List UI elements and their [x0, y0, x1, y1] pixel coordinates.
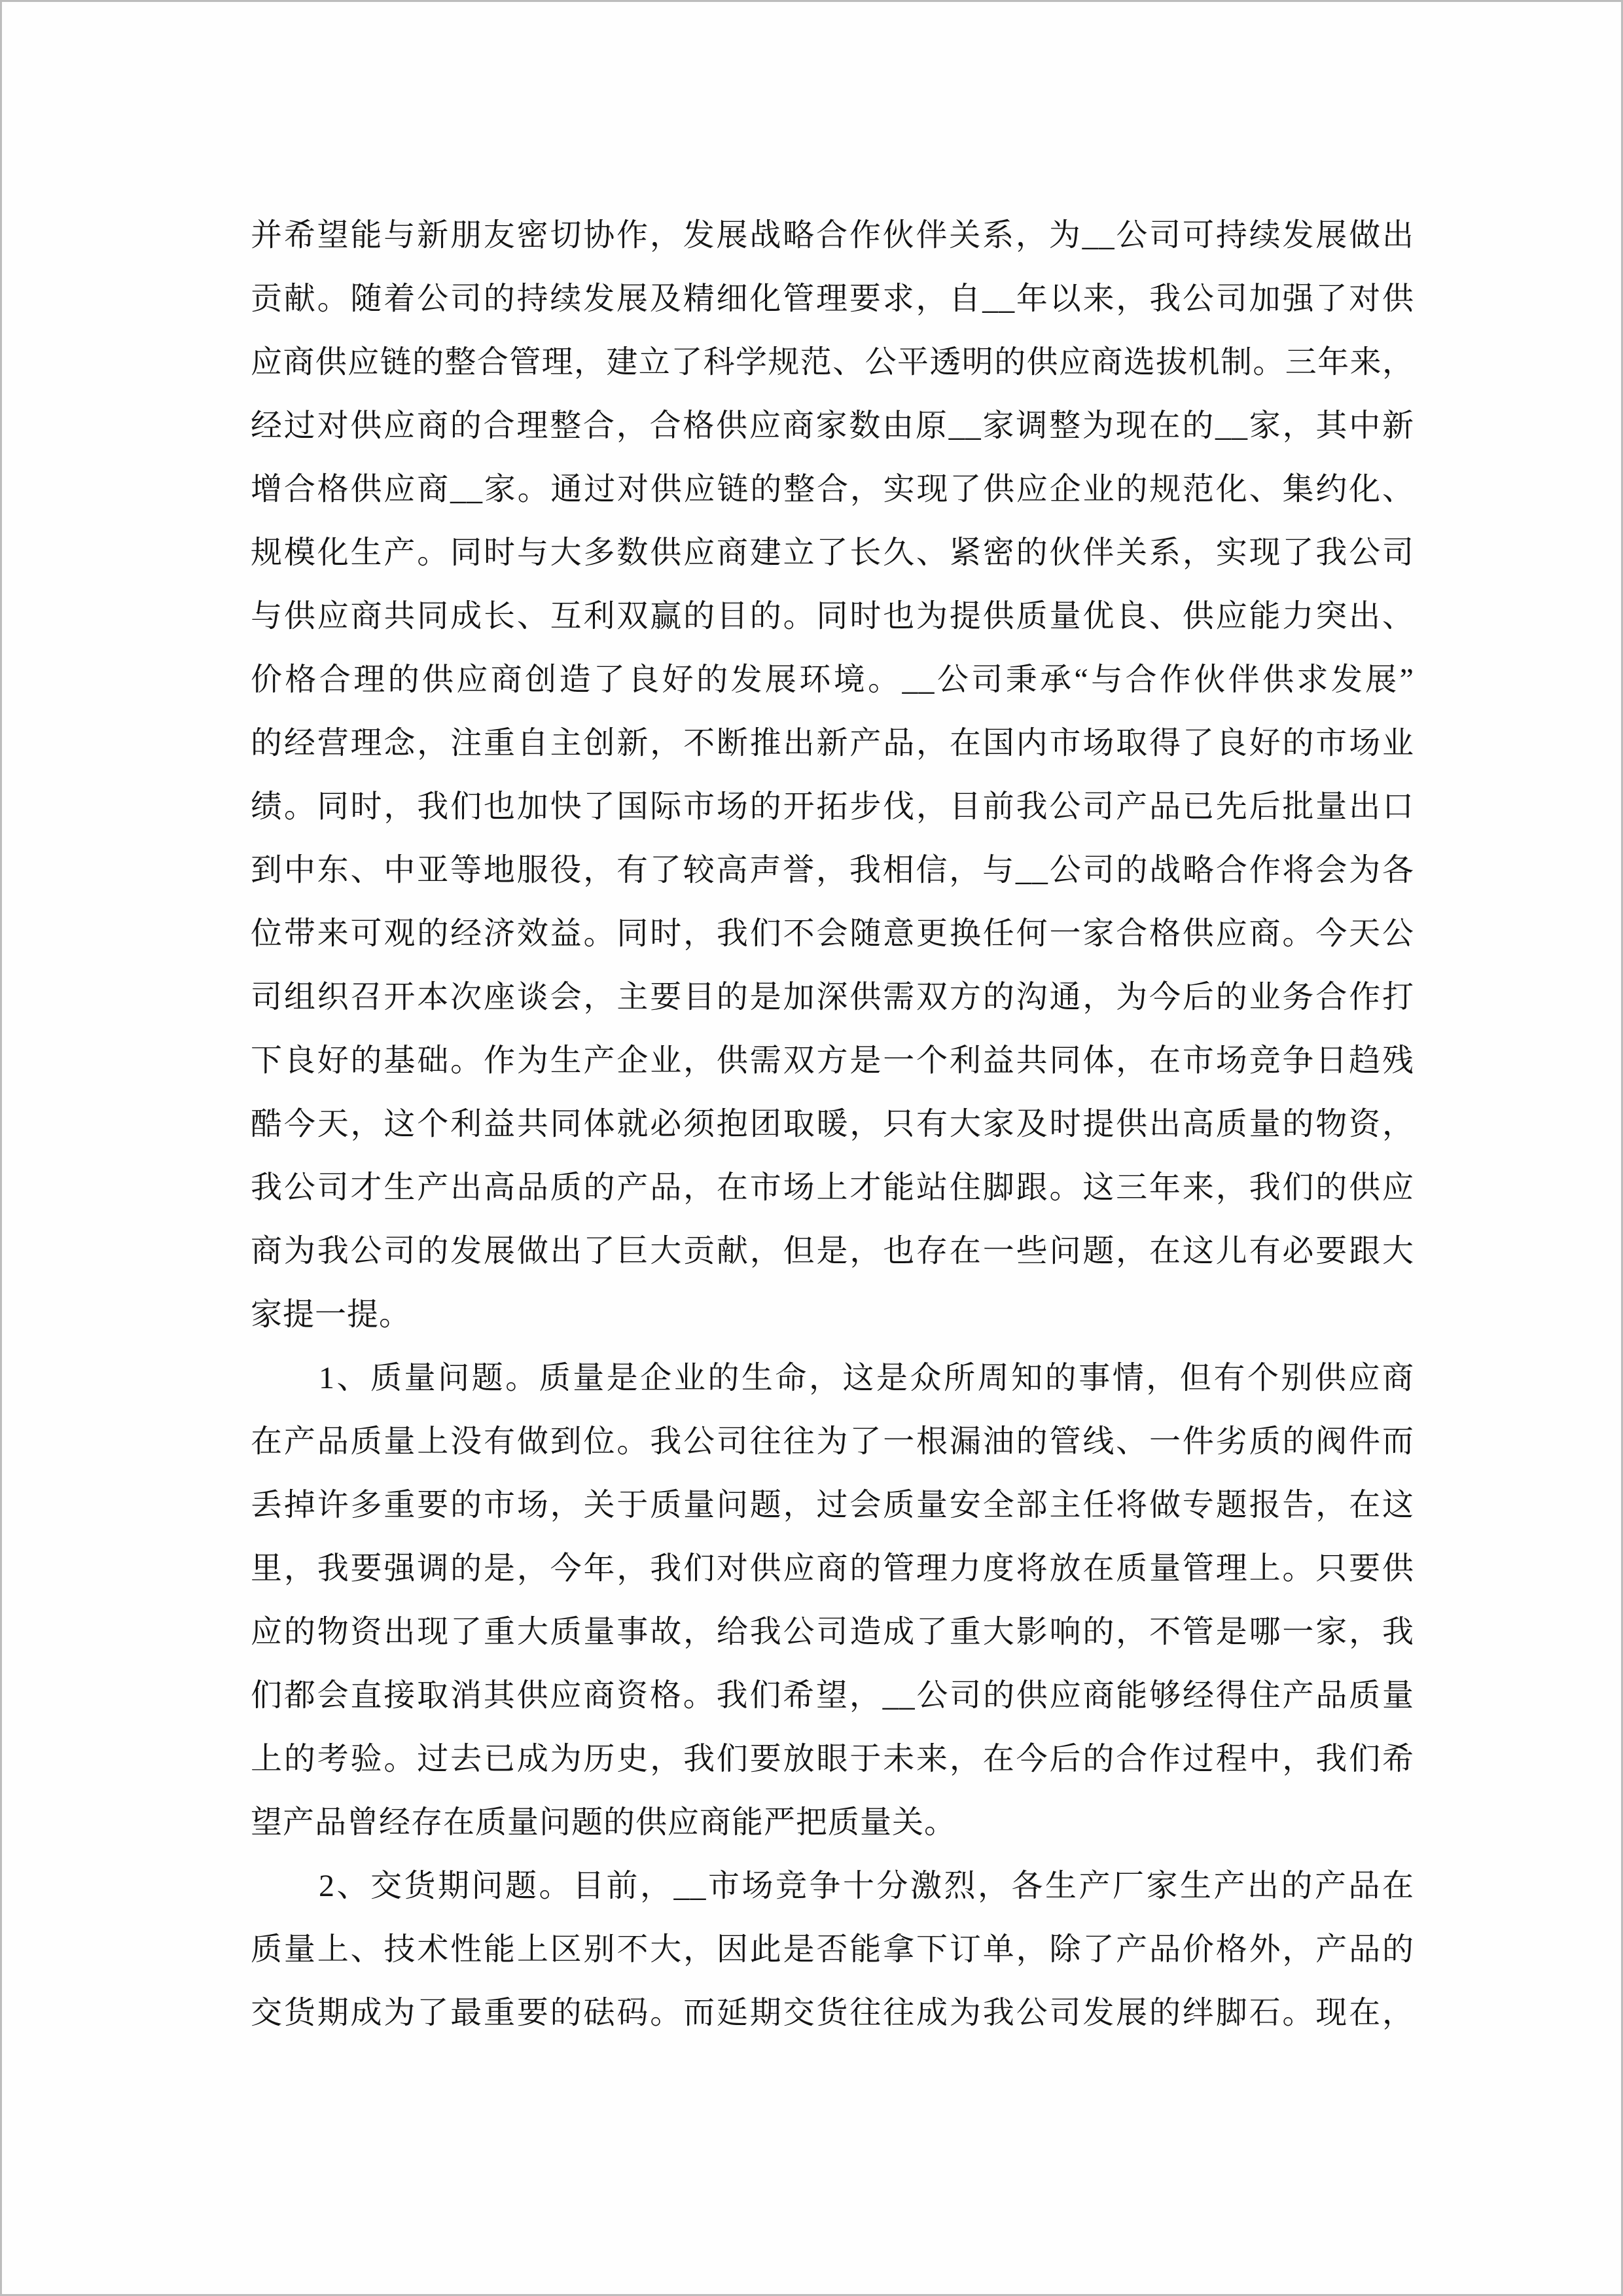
text-line: 上的考验。过去已成为历史，我们要放眼于未来，在今后的合作过程中，我们希 — [251, 1727, 1414, 1791]
text-line: 绩。同时，我们也加快了国际市场的开拓步伐，目前我公司产品已先后批量出口 — [251, 775, 1414, 838]
text-line: 质量上、技术性能上区别不大，因此是否能拿下订单，除了产品价格外，产品的 — [251, 1918, 1414, 1981]
text-line: 里，我要强调的是，今年，我们对供应商的管理力度将放在质量管理上。只要供 — [251, 1537, 1414, 1600]
document-body-text: 并希望能与新朋友密切协作，发展战略合作伙伴关系，为__公司可持续发展做出 贡献。… — [251, 204, 1414, 2045]
text-line: 增合格供应商__家。通过对供应链的整合，实现了供应企业的规范化、集约化、 — [251, 457, 1414, 521]
text-line: 们都会直接取消其供应商资格。我们希望，__公司的供应商能够经得住产品质量 — [251, 1664, 1414, 1727]
text-line: 与供应商共同成长、互利双赢的目的。同时也为提供质量优良、供应能力突出、 — [251, 584, 1414, 648]
text-line-numbered-item-1: 1、质量问题。质量是企业的生命，这是众所周知的事情，但有个别供应商 — [251, 1346, 1414, 1410]
text-line: 酷今天，这个利益共同体就必须抱团取暖，只有大家及时提供出高质量的物资， — [251, 1092, 1414, 1156]
text-line: 下良好的基础。作为生产企业，供需双方是一个利益共同体，在市场竞争日趋残 — [251, 1029, 1414, 1092]
text-line-paragraph-end: 家提一提。 — [251, 1283, 1414, 1346]
text-line: 我公司才生产出高品质的产品，在市场上才能站住脚跟。这三年来，我们的供应 — [251, 1156, 1414, 1219]
text-line: 丢掉许多重要的市场，关于质量问题，过会质量安全部主任将做专题报告，在这 — [251, 1473, 1414, 1537]
text-line: 位带来可观的经济效益。同时，我们不会随意更换任何一家合格供应商。今天公 — [251, 902, 1414, 965]
text-line: 到中东、中亚等地服役，有了较高声誉，我相信，与__公司的战略合作将会为各 — [251, 838, 1414, 902]
text-line: 并希望能与新朋友密切协作，发展战略合作伙伴关系，为__公司可持续发展做出 — [251, 204, 1414, 267]
text-line: 在产品质量上没有做到位。我公司往往为了一根漏油的管线、一件劣质的阀件而 — [251, 1410, 1414, 1473]
document-page: 并希望能与新朋友密切协作，发展战略合作伙伴关系，为__公司可持续发展做出 贡献。… — [0, 0, 1623, 2296]
text-line-paragraph-end: 望产品曾经存在质量问题的供应商能严把质量关。 — [251, 1791, 1414, 1854]
text-line: 贡献。随着公司的持续发展及精细化管理要求，自__年以来，我公司加强了对供 — [251, 267, 1414, 331]
text-line: 司组织召开本次座谈会，主要目的是加深供需双方的沟通，为今后的业务合作打 — [251, 965, 1414, 1029]
text-line: 商为我公司的发展做出了巨大贡献，但是，也存在一些问题，在这儿有必要跟大 — [251, 1219, 1414, 1283]
text-line: 的经营理念，注重自主创新，不断推出新产品，在国内市场取得了良好的市场业 — [251, 711, 1414, 775]
text-line: 规模化生产。同时与大多数供应商建立了长久、紧密的伙伴关系，实现了我公司 — [251, 521, 1414, 584]
text-line: 应商供应链的整合管理，建立了科学规范、公平透明的供应商选拔机制。三年来， — [251, 331, 1414, 394]
text-line: 应的物资出现了重大质量事故，给我公司造成了重大影响的，不管是哪一家，我 — [251, 1600, 1414, 1664]
text-line: 价格合理的供应商创造了良好的发展环境。__公司秉承“与合作伙伴供求发展” — [251, 648, 1414, 711]
text-line-numbered-item-2: 2、交货期问题。目前，__市场竞争十分激烈，各生产厂家生产出的产品在 — [251, 1854, 1414, 1918]
text-line: 交货期成为了最重要的砝码。而延期交货往往成为我公司发展的绊脚石。现在， — [251, 1981, 1414, 2045]
text-line: 经过对供应商的合理整合，合格供应商家数由原__家调整为现在的__家，其中新 — [251, 394, 1414, 457]
